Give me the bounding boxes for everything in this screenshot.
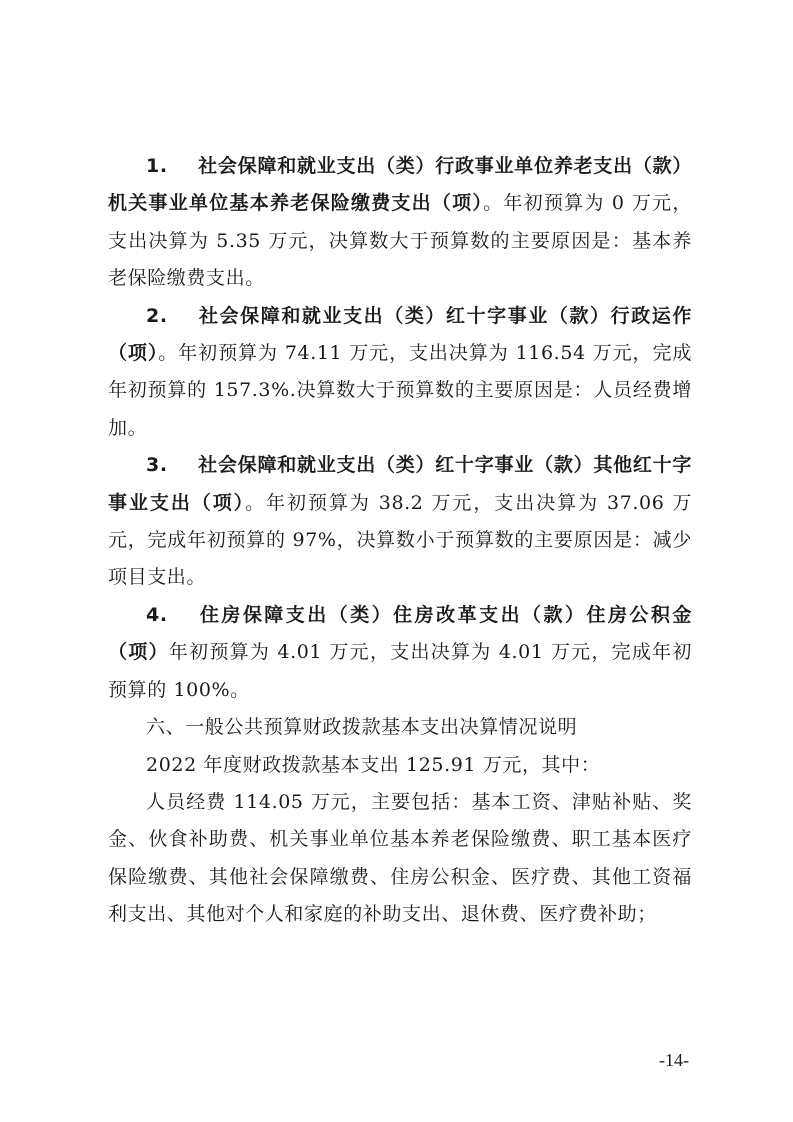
section-heading: 六、一般公共预算财政拨款基本支出决算情况说明 [108, 709, 692, 746]
item-text: 年初预算为 4.01 万元，支出决算为 4.01 万元，完成年初预算的 100%… [108, 641, 692, 700]
personnel-paragraph: 人员经费 114.05 万元，主要包括：基本工资、津贴补贴、奖金、伙食补助费、机… [108, 784, 692, 934]
item-text: 。年初预算为 74.11 万元，支出决算为 116.54 万元，完成年初预算的 … [108, 342, 692, 439]
item-number: 4. [146, 597, 198, 634]
document-body: 1.社会保障和就业支出（类）行政事业单位养老支出（款）机关事业单位基本养老保险缴… [108, 148, 692, 934]
item-2: 2.社会保障和就业支出（类）红十字事业（款）行政运作（项）。年初预算为 74.1… [108, 298, 692, 448]
item-1: 1.社会保障和就业支出（类）行政事业单位养老支出（款）机关事业单位基本养老保险缴… [108, 148, 692, 298]
item-3: 3.社会保障和就业支出（类）红十字事业（款）其他红十字事业支出（项）。年初预算为… [108, 447, 692, 597]
item-number: 2. [146, 298, 198, 335]
item-4: 4.住房保障支出（类）住房改革支出（款）住房公积金（项）年初预算为 4.01 万… [108, 597, 692, 709]
item-number: 3. [146, 447, 198, 484]
page-number: -14- [659, 1050, 689, 1071]
item-number: 1. [146, 148, 198, 185]
summary-paragraph: 2022 年度财政拨款基本支出 125.91 万元，其中： [108, 747, 692, 784]
